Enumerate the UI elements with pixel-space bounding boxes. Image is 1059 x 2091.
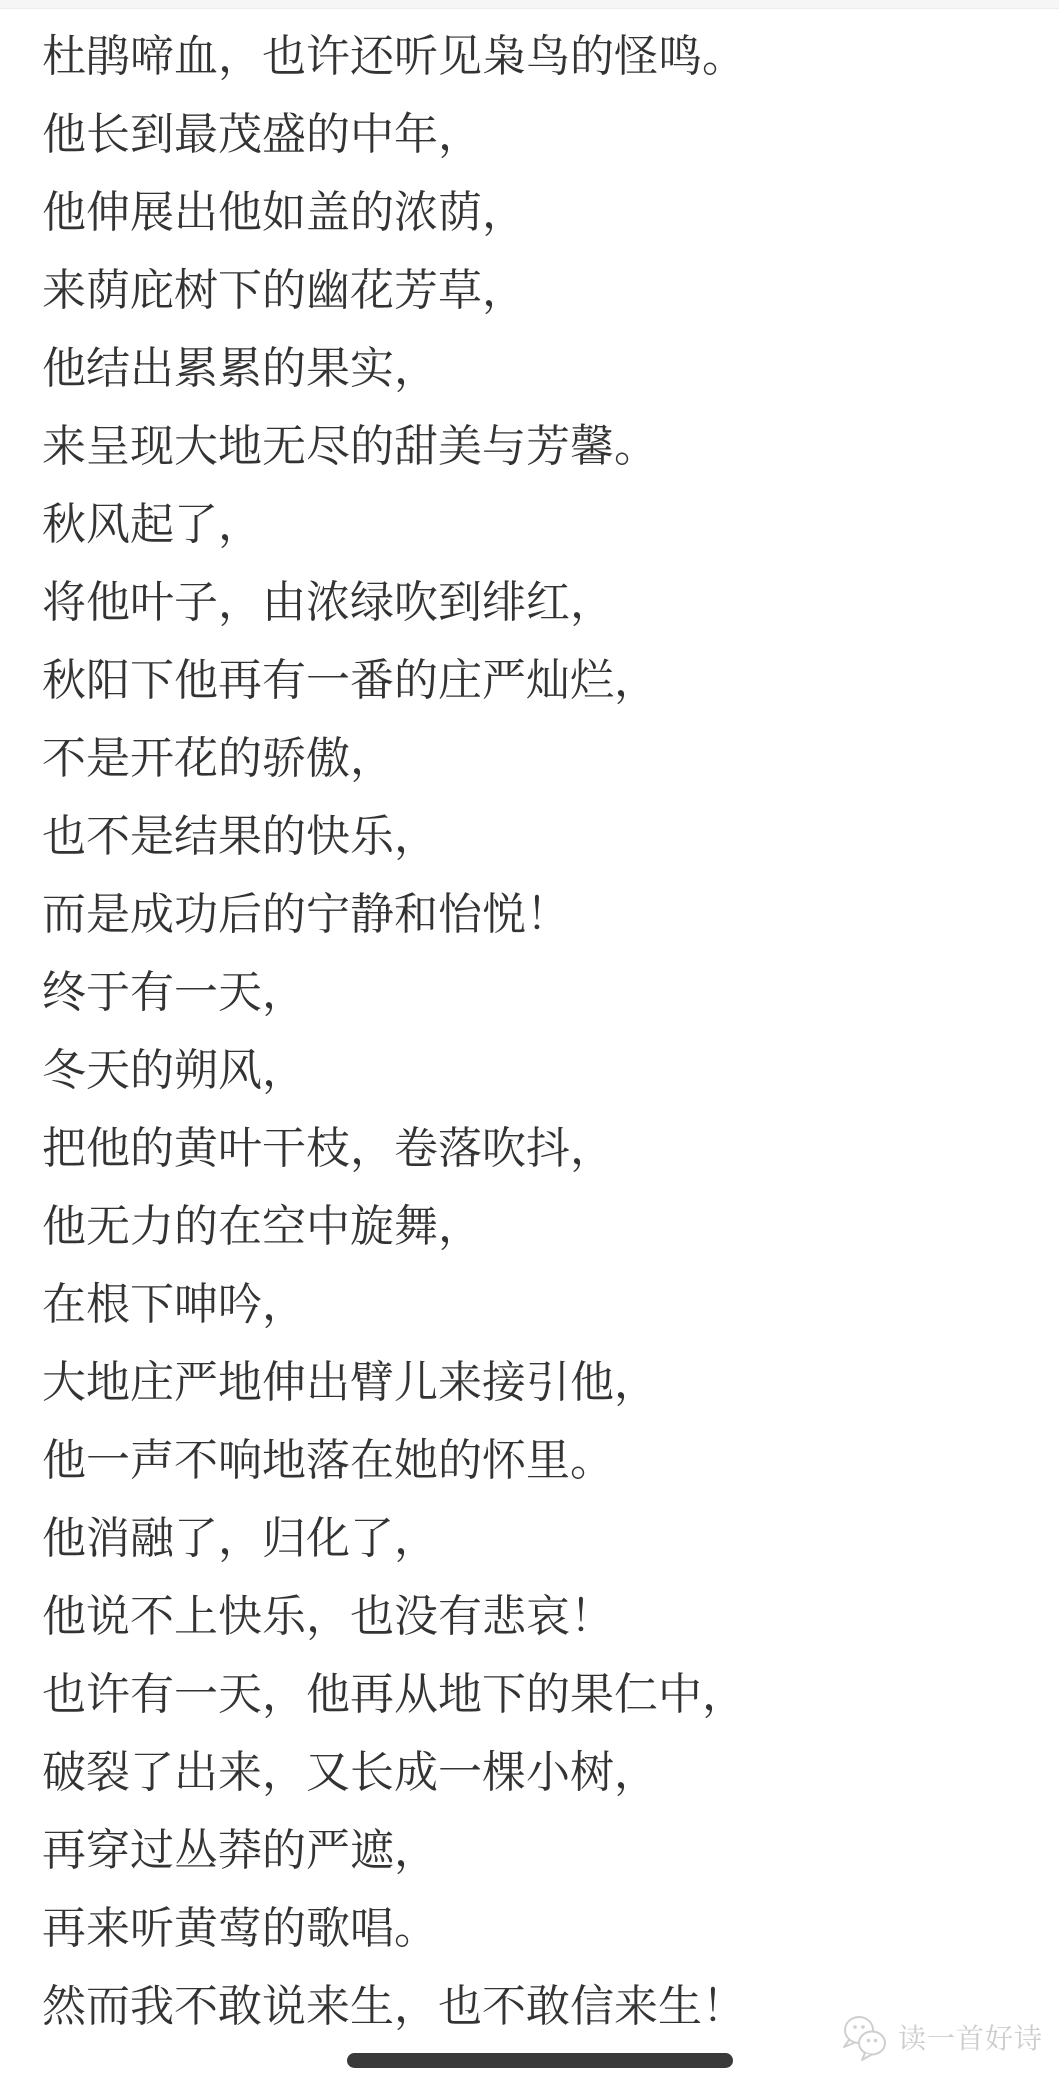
- poem-body: 杜鹃啼血，也许还听见枭鸟的怪鸣。 他长到最茂盛的中年， 他伸展出他如盖的浓荫， …: [0, 10, 766, 2046]
- poem-line: 而是成功后的宁静和怡悦！: [42, 876, 746, 954]
- poem-line: 他伸展出他如盖的浓荫，: [42, 174, 746, 252]
- poem-line: 不是开花的骄傲，: [42, 720, 746, 798]
- poem-line: 把他的黄叶干枝，卷落吹抖，: [42, 1110, 746, 1188]
- poem-line: 冬天的朔风，: [42, 1032, 746, 1110]
- poem-line: 破裂了出来，又长成一棵小树，: [42, 1734, 746, 1812]
- poem-line: 他消融了，归化了，: [42, 1500, 746, 1578]
- watermark-label: 读一首好诗: [898, 2015, 1043, 2063]
- poem-line: 在根下呻吟，: [42, 1266, 746, 1344]
- poem-line: 将他叶子，由浓绿吹到绯红，: [42, 564, 746, 642]
- article-page: 杜鹃啼血，也许还听见枭鸟的怪鸣。 他长到最茂盛的中年， 他伸展出他如盖的浓荫， …: [0, 0, 1059, 2091]
- poem-line: 然而我不敢说来生，也不敢信来生！: [42, 1968, 746, 2046]
- top-divider: [0, 0, 1059, 9]
- poem-line: 他说不上快乐，也没有悲哀！: [42, 1578, 746, 1656]
- poem-line: 秋风起了，: [42, 486, 746, 564]
- poem-line: 也许有一天，他再从地下的果仁中，: [42, 1656, 746, 1734]
- poem-line: 他长到最茂盛的中年，: [42, 96, 746, 174]
- poem-line: 他无力的在空中旋舞，: [42, 1188, 746, 1266]
- poem-line: 来呈现大地无尽的甜美与芳馨。: [42, 408, 746, 486]
- poem-line: 也不是结果的快乐，: [42, 798, 746, 876]
- poem-line: 秋阳下他再有一番的庄严灿烂，: [42, 642, 746, 720]
- poem-line: 他一声不响地落在她的怀里。: [42, 1422, 746, 1500]
- poem-line: 他结出累累的果实，: [42, 330, 746, 408]
- poem-line: 杜鹃啼血，也许还听见枭鸟的怪鸣。: [42, 18, 746, 96]
- watermark: 读一首好诗: [839, 2014, 1043, 2064]
- home-indicator-bar[interactable]: [347, 2053, 733, 2068]
- poem-line: 再穿过丛莽的严遮，: [42, 1812, 746, 1890]
- poem-line: 来荫庇树下的幽花芳草，: [42, 252, 746, 330]
- chat-bubbles-doodle-icon: [839, 2014, 893, 2064]
- poem-line: 再来听黄莺的歌唱。: [42, 1890, 746, 1968]
- poem-line: 终于有一天，: [42, 954, 746, 1032]
- poem-line: 大地庄严地伸出臂儿来接引他，: [42, 1344, 746, 1422]
